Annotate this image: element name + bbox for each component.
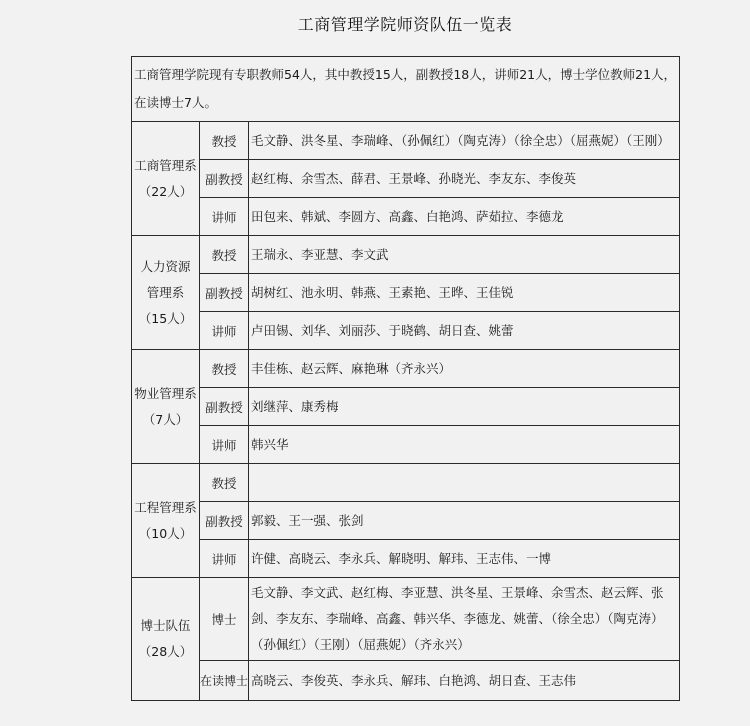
department-count: （28人）	[132, 639, 199, 665]
department-count: （15人）	[132, 306, 199, 332]
rank-label: 副教授	[200, 502, 249, 540]
department-name: 博士队伍	[132, 613, 199, 639]
names-cell: 赵红梅、余雪杰、薛君、王景峰、孙晓光、李友东、李俊英	[249, 160, 680, 198]
intro-text: 工商管理学院现有专职教师54人，其中教授15人，副教授18人，讲师21人，博士学…	[132, 57, 680, 122]
rank-label: 副教授	[200, 274, 249, 312]
department-cell: 物业管理系 （7人）	[132, 350, 200, 464]
department-cell: 博士队伍 （28人）	[132, 578, 200, 701]
intro-row: 工商管理学院现有专职教师54人，其中教授15人，副教授18人，讲师21人，博士学…	[132, 57, 680, 122]
names-cell: 胡树红、池永明、韩燕、王素艳、王晔、王佳锐	[249, 274, 680, 312]
table-row: 讲师 韩兴华	[132, 426, 680, 464]
department-cell: 工程管理系 （10人）	[132, 464, 200, 578]
names-cell: 刘继萍、康秀梅	[249, 388, 680, 426]
names-cell: 高晓云、李俊英、李永兵、解玮、白艳鸿、胡日查、王志伟	[249, 661, 680, 701]
names-cell: 郭毅、王一强、张剑	[249, 502, 680, 540]
department-count: （7人）	[132, 407, 199, 433]
table-row: 副教授 郭毅、王一强、张剑	[132, 502, 680, 540]
department-name: 人力资源管理系	[132, 254, 199, 306]
table-row: 副教授 刘继萍、康秀梅	[132, 388, 680, 426]
page-title: 工商管理学院师资队伍一览表	[0, 12, 750, 35]
table-row: 工商管理系 （22人） 教授 毛文静、洪冬星、李瑞峰、（孙佩红）（陶克涛）（徐全…	[132, 122, 680, 160]
rank-label: 副教授	[200, 160, 249, 198]
names-cell: 毛文静、李文武、赵红梅、李亚慧、洪冬星、王景峰、余雪杰、赵云辉、张剑、李友东、李…	[249, 578, 680, 661]
table-row: 讲师 卢田锡、刘华、刘丽莎、于晓鹤、胡日查、姚蕾	[132, 312, 680, 350]
department-cell: 工商管理系 （22人）	[132, 122, 200, 236]
table-row: 讲师 田包来、韩斌、李圆方、高鑫、白艳鸿、萨茹拉、李德龙	[132, 198, 680, 236]
names-cell: 韩兴华	[249, 426, 680, 464]
department-count: （22人）	[132, 179, 199, 205]
table-row: 工程管理系 （10人） 教授	[132, 464, 680, 502]
rank-label: 讲师	[200, 426, 249, 464]
names-cell: 王瑞永、李亚慧、李文武	[249, 236, 680, 274]
department-count: （10人）	[132, 521, 199, 547]
table-row: 讲师 许健、高晓云、李永兵、解晓明、解玮、王志伟、一博	[132, 540, 680, 578]
department-name: 工商管理系	[132, 153, 199, 179]
rank-label: 博士	[200, 578, 249, 661]
names-cell: 许健、高晓云、李永兵、解晓明、解玮、王志伟、一博	[249, 540, 680, 578]
department-name: 物业管理系	[132, 381, 199, 407]
names-cell: 田包来、韩斌、李圆方、高鑫、白艳鸿、萨茹拉、李德龙	[249, 198, 680, 236]
rank-label: 教授	[200, 122, 249, 160]
rank-label: 讲师	[200, 312, 249, 350]
names-cell: 丰佳栋、赵云辉、麻艳琳（齐永兴）	[249, 350, 680, 388]
table-row: 博士队伍 （28人） 博士 毛文静、李文武、赵红梅、李亚慧、洪冬星、王景峰、余雪…	[132, 578, 680, 661]
rank-label: 讲师	[200, 540, 249, 578]
names-cell: 毛文静、洪冬星、李瑞峰、（孙佩红）（陶克涛）（徐全忠）（屈燕妮）（王刚）	[249, 122, 680, 160]
rank-label: 教授	[200, 464, 249, 502]
rank-label: 在读博士	[200, 661, 249, 701]
rank-label: 教授	[200, 236, 249, 274]
table-row: 在读博士 高晓云、李俊英、李永兵、解玮、白艳鸿、胡日查、王志伟	[132, 661, 680, 701]
table-row: 副教授 赵红梅、余雪杰、薛君、王景峰、孙晓光、李友东、李俊英	[132, 160, 680, 198]
table-row: 人力资源管理系 （15人） 教授 王瑞永、李亚慧、李文武	[132, 236, 680, 274]
rank-label: 讲师	[200, 198, 249, 236]
faculty-roster-table: 工商管理学院现有专职教师54人，其中教授15人，副教授18人，讲师21人，博士学…	[131, 56, 680, 701]
department-name: 工程管理系	[132, 495, 199, 521]
names-cell: 卢田锡、刘华、刘丽莎、于晓鹤、胡日查、姚蕾	[249, 312, 680, 350]
department-cell: 人力资源管理系 （15人）	[132, 236, 200, 350]
table-row: 副教授 胡树红、池永明、韩燕、王素艳、王晔、王佳锐	[132, 274, 680, 312]
table-row: 物业管理系 （7人） 教授 丰佳栋、赵云辉、麻艳琳（齐永兴）	[132, 350, 680, 388]
rank-label: 教授	[200, 350, 249, 388]
names-cell	[249, 464, 680, 502]
rank-label: 副教授	[200, 388, 249, 426]
